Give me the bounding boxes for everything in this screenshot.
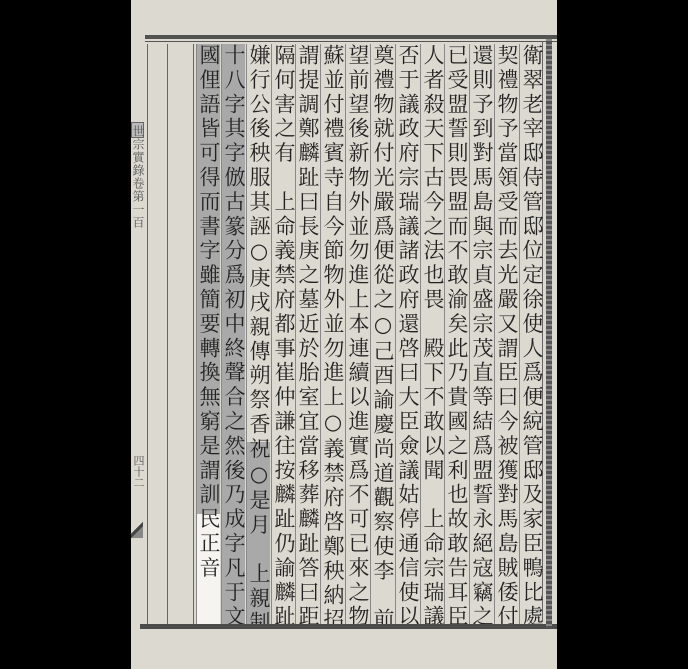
text-column-13: 十八字其字倣古篆分爲初中終聲合之然後乃成字凡于文字及本 [221,44,246,624]
right-border [546,36,552,628]
margin-rule [147,44,148,624]
top-border [145,35,557,39]
text-column-2: 契禮物予當領受而去光嚴又謂臣曰今被獲對馬島賊倭付吾輩遣 [494,44,519,624]
bottom-border [140,624,557,629]
text-column-12: 嫌行公後秧服其誣○庚戌親傳朔祭香祝○是月 上親制諺文二 [246,44,271,624]
spine-title: 世宗實錄卷第一百二 [131,125,145,230]
text-column-3: 還則予到對馬島與宗貞盛宗茂直等結爲盟誓永絕寇竊之虞此人 [469,44,494,624]
text-column-7: 奠禮物就付光嚴爲便從之○己酉諭慶尚道觀察使李𣈽前者下旨 [370,44,395,624]
text-column-9: 蘇並付禮賓寺自今節物外並勿進上○義禁府啓鄭秧納招云我嘗 [320,44,345,624]
fish-tail-bottom-icon [131,520,143,538]
text-column-6: 否于議政府宗瑞議諸政府還啓曰大臣僉議姑停通信使以致賀致 [395,44,420,624]
text-column-10: 謂提調鄭麟趾曰長庚之墓近於胎室宜當移葬麟趾答曰距胎室遙 [295,44,320,624]
margin-rule [167,44,168,624]
text-column-1: 衛翠老宰邸侍管邸位定徐使人爲便綂管邸及家臣鴨比處宜通書 [519,44,544,624]
text-column-5: 人者殺天下古今之法也畏 殿下不敢以聞 上命宗瑞議遣使可 [420,44,445,624]
text-column-14: 國俚語皆可得而書字雖簡要轉換無窮是謂訓民正音 [196,44,221,624]
frame-left-rule [193,44,194,624]
text-column-8: 望前望後新物外並勿進上本連續以進實爲不可已來之物還送有 [345,44,370,624]
text-column-11: 隔何害之有 上命義禁府都事崔仲謙往按麟趾仍諭麟趾曰毋引 [271,44,296,624]
text-column-4: 已受盟誓則畏盟而不敢渝矣此乃貴國之利也故敢告耳臣答曰殺 [444,44,469,624]
spine-page-number: 四十二 [131,455,145,490]
top-border-inner [145,41,557,42]
